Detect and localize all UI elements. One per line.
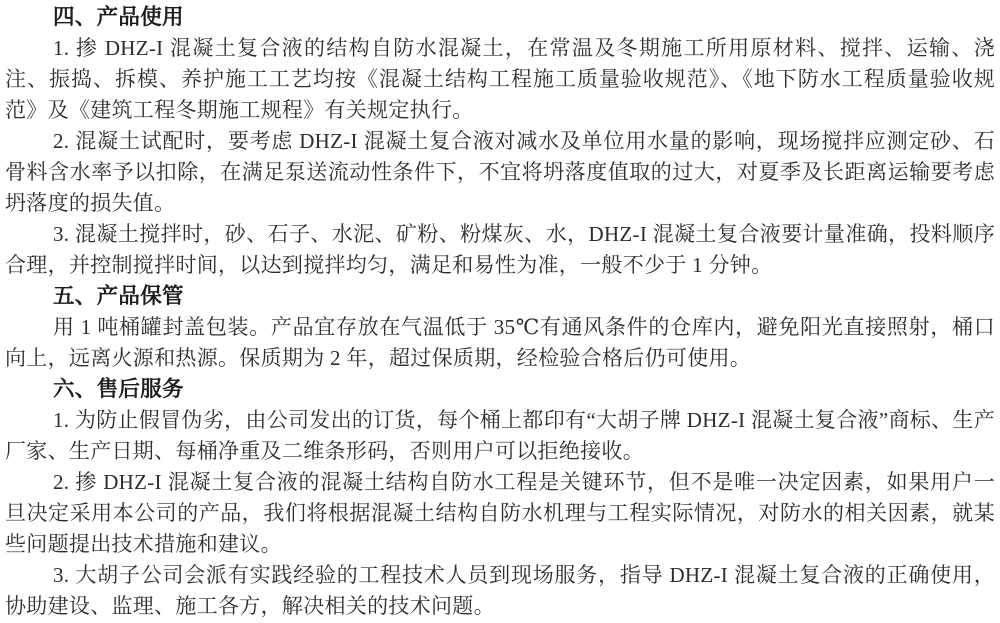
section-after-sales-service: 六、售后服务 1. 为防止假冒伪劣，由公司发出的订货，每个桶上都印有“大胡子牌 … — [5, 374, 995, 622]
section-product-storage: 五、产品保管 用 1 吨桶罐封盖包装。产品宜存放在气温低于 35℃有通风条件的仓… — [5, 281, 995, 374]
paragraph-storage-1: 用 1 吨桶罐封盖包装。产品宜存放在气温低于 35℃有通风条件的仓库内，避免阳光… — [5, 312, 995, 374]
section-heading-product-storage: 五、产品保管 — [5, 281, 995, 312]
section-heading-after-sales-service: 六、售后服务 — [5, 374, 995, 405]
section-heading-product-usage: 四、产品使用 — [5, 2, 995, 33]
document-page: 四、产品使用 1. 掺 DHZ-I 混凝土复合液的结构自防水混凝土，在常温及冬期… — [0, 0, 1000, 623]
paragraph-service-3: 3. 大胡子公司会派有实践经验的工程技术人员到现场服务，指导 DHZ-I 混凝土… — [5, 560, 995, 622]
section-product-usage: 四、产品使用 1. 掺 DHZ-I 混凝土复合液的结构自防水混凝土，在常温及冬期… — [5, 2, 995, 281]
paragraph-usage-2: 2. 混凝土试配时，要考虑 DHZ-I 混凝土复合液对减水及单位用水量的影响，现… — [5, 126, 995, 219]
paragraph-service-1: 1. 为防止假冒伪劣，由公司发出的订货，每个桶上都印有“大胡子牌 DHZ-I 混… — [5, 405, 995, 467]
paragraph-usage-1: 1. 掺 DHZ-I 混凝土复合液的结构自防水混凝土，在常温及冬期施工所用原材料… — [5, 33, 995, 126]
paragraph-service-2: 2. 掺 DHZ-I 混凝土复合液的混凝土结构自防水工程是关键环节，但不是唯一决… — [5, 467, 995, 560]
paragraph-usage-3: 3. 混凝土搅拌时，砂、石子、水泥、矿粉、粉煤灰、水，DHZ-I 混凝土复合液要… — [5, 219, 995, 281]
